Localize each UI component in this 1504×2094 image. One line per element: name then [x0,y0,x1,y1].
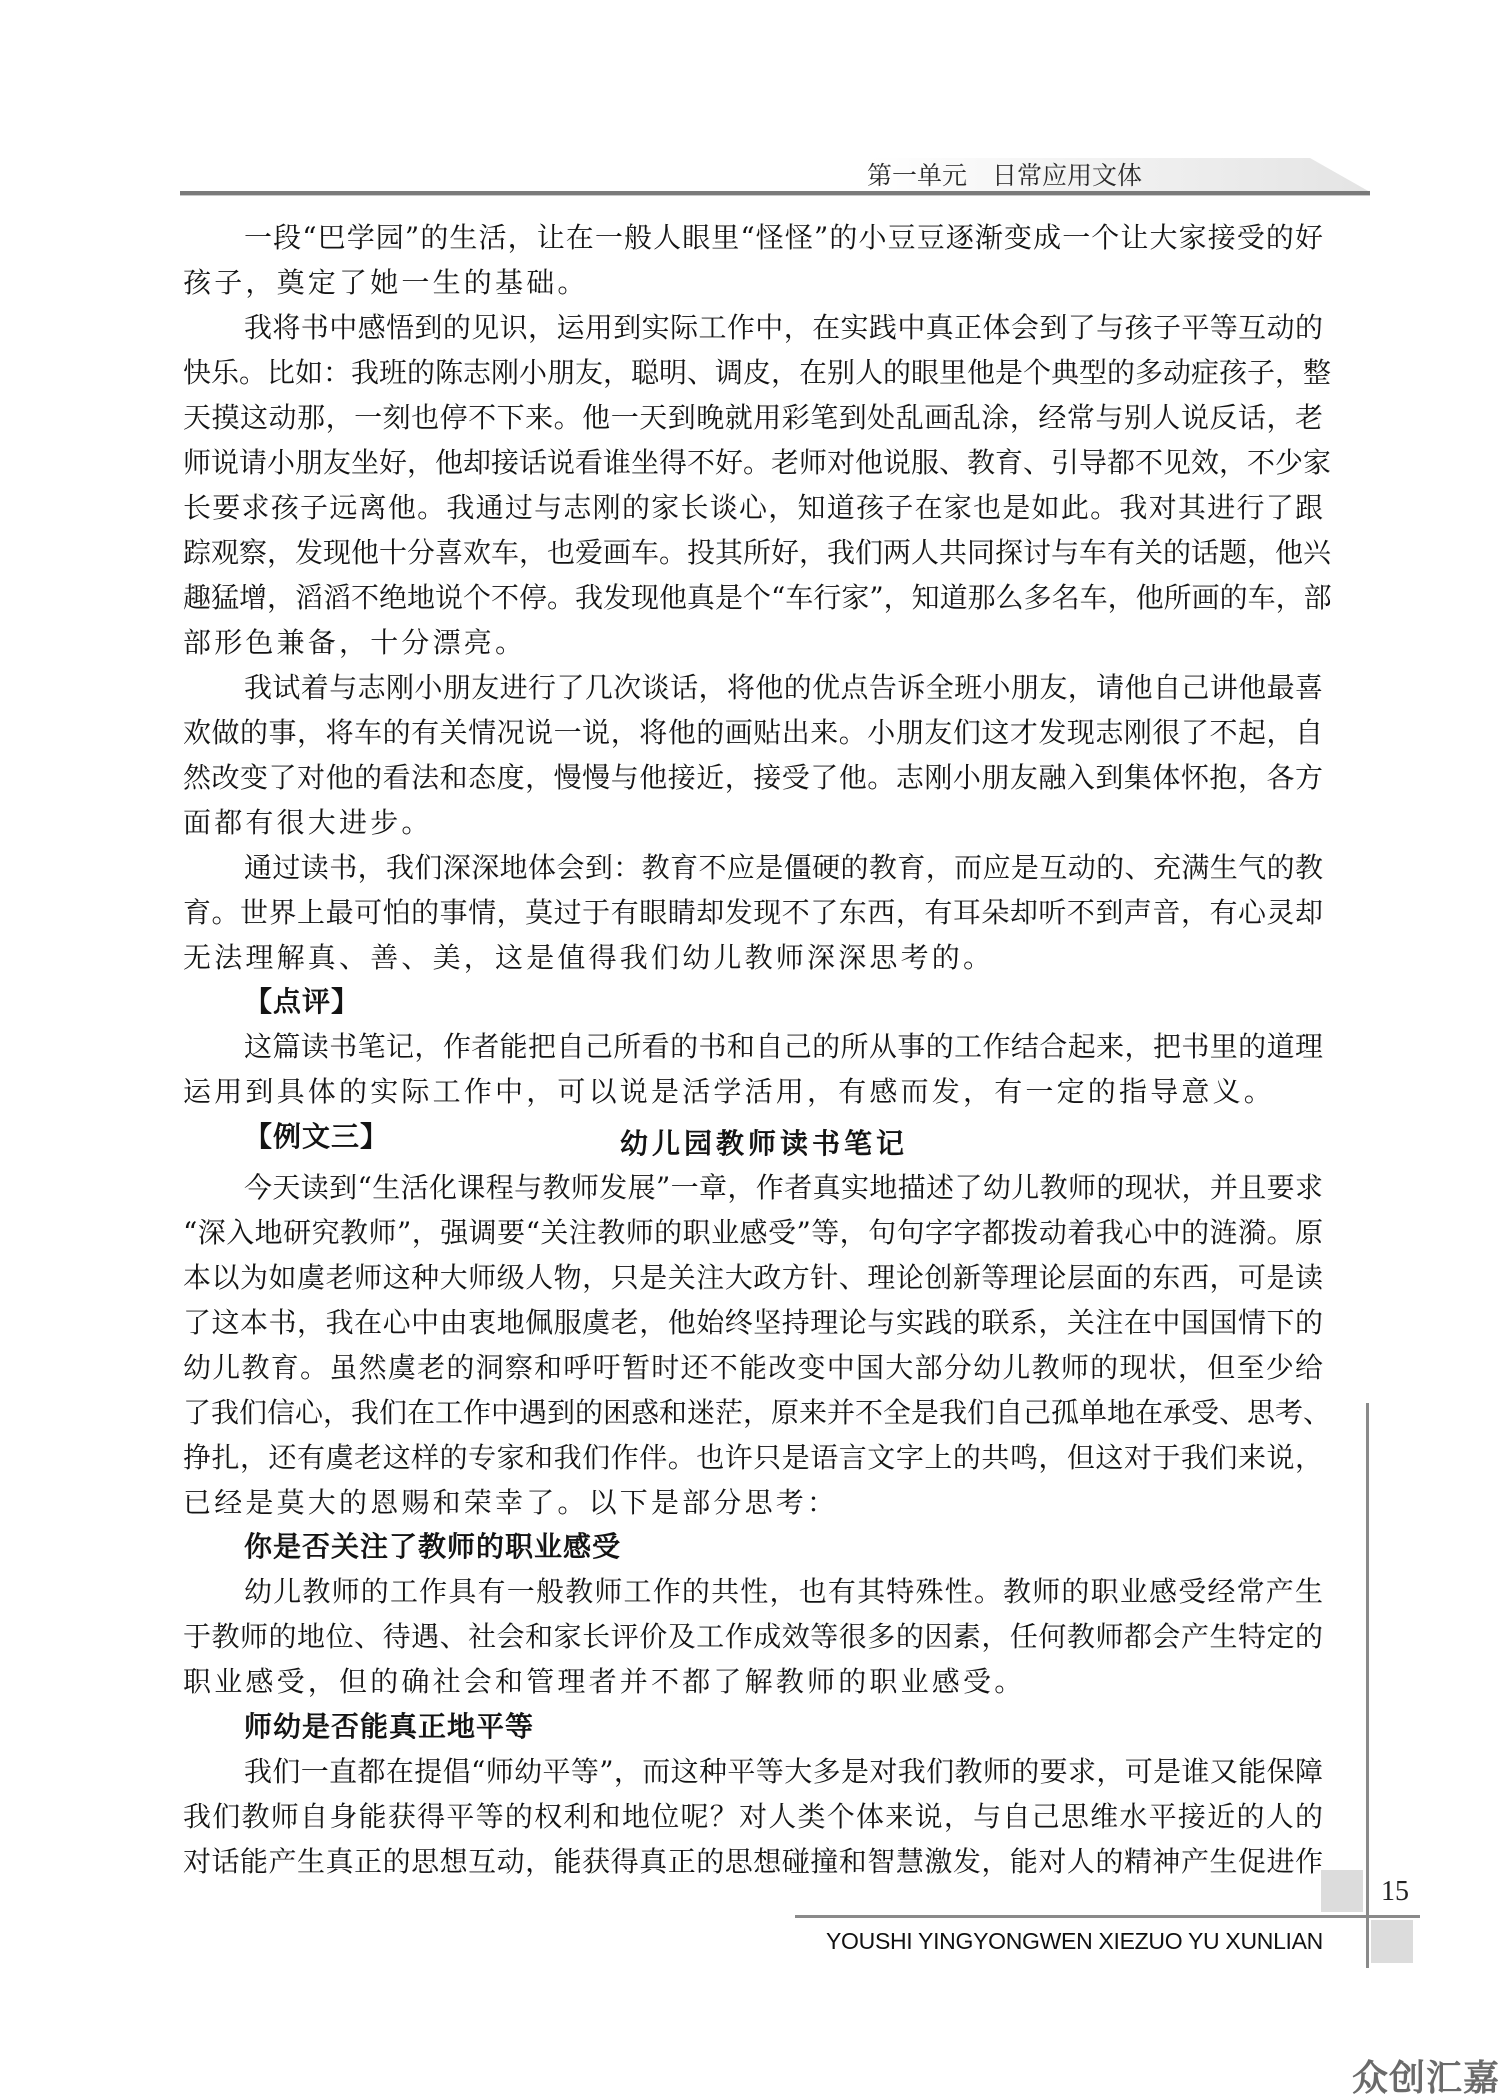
text-line: 职业感受，但的确社会和管理者并不都了解教师的职业感受。 [183,1666,1323,1698]
text-line: 部形色兼备，十分漂亮。 [183,627,1323,659]
text-line: 运用到具体的实际工作中，可以说是活学活用，有感而发，有一定的指导意义。 [183,1076,1323,1108]
text-line: 天摸这动那，一刻也停不下来。他一天到晚就用彩笔到处乱画乱涂，经常与别人说反话，老 [183,402,1323,434]
page-number: 15 [1381,1876,1409,1908]
text-line: 幼儿教师的工作具有一般教师工作的共性，也有其特殊性。教师的职业感受经常产生 [244,1576,1323,1608]
section-label-comment: 【点评】 [244,986,1384,1018]
text-line: 长要求孩子远离他。我通过与志刚的家长谈心，知道孩子在家也是如此。我对其进行了跟 [183,492,1323,524]
text-line: 了这本书，我在心中由衷地佩服虞老，他始终坚持理论与实践的联系，关注在中国国情下的 [183,1307,1323,1339]
text-line: 一段“巴学园”的生活，让在一般人眼里“怪怪”的小豆豆逐渐变成一个让大家接受的好 [244,222,1323,254]
text-line: 师说请小朋友坐好，他却接话说看谁坐得不好。老师对他说服、教育、引导都不见效，不少… [183,447,1323,479]
footer-gray-square [1321,1870,1363,1912]
text-line: 趣猛增，滔滔不绝地说个不停。我发现他真是个“车行家”，知道那么多名车，他所画的车… [183,582,1323,614]
footer-horizontal-rule [795,1915,1420,1918]
text-line: 今天读到“生活化课程与教师发展”一章，作者真实地描述了幼儿教师的现状，并且要求 [244,1172,1323,1204]
text-line: 我们一直都在提倡“师幼平等”，而这种平等大多是对我们教师的要求，可是谁又能保障 [244,1756,1323,1788]
article-title: 幼儿园教师读书笔记 [620,1128,908,1160]
text-line: 已经是莫大的恩赐和荣幸了。以下是部分思考： [183,1487,1323,1519]
text-line: 对话能产生真正的思想互动，能获得真正的思想碰撞和智慧激发，能对人的精神产生促进作 [183,1846,1323,1878]
text-line: 于教师的地位、待遇、社会和家长评价及工作成效等很多的因素，任何教师都会产生特定的 [183,1621,1323,1653]
text-line: 育。世界上最可怕的事情，莫过于有眼睛却发现不了东西，有耳朵却听不到声音，有心灵却 [183,897,1323,929]
subheading-teacher-child-equality: 师幼是否能真正地平等 [244,1711,1384,1743]
text-line: 踪观察，发现他十分喜欢车，也爱画车。投其所好，我们两人共同探讨与车有关的话题，他… [183,537,1323,569]
text-line: “深入地研究教师”，强调要“关注教师的职业感受”等，句句字字都拨动着我心中的涟漪… [183,1217,1323,1249]
book-title-pinyin: YOUSHI YINGYONGWEN XIEZUO YU XUNLIAN [826,1928,1323,1955]
text-line: 面都有很大进步。 [183,807,1323,839]
text-line: 快乐。比如：我班的陈志刚小朋友，聪明、调皮，在别人的眼里他是个典型的多动症孩子，… [183,357,1323,389]
text-line: 欢做的事，将车的有关情况说一说，将他的画贴出来。小朋友们这才发现志刚很了不起，自 [183,717,1323,749]
text-line: 了我们信心，我们在工作中遇到的困惑和迷茫，原来并不全是我们自己孤单地在承受、思考… [183,1397,1323,1429]
text-line: 无法理解真、善、美，这是值得我们幼儿教师深深思考的。 [183,942,1323,974]
text-line: 我将书中感悟到的见识，运用到实际工作中，在实践中真正体会到了与孩子平等互动的 [244,312,1323,344]
subheading-career-feelings: 你是否关注了教师的职业感受 [244,1531,1384,1563]
text-line: 然改变了对他的看法和态度，慢慢与他接近，接受了他。志刚小朋友融入到集体怀抱，各方 [183,762,1323,794]
chapter-title: 第一单元 日常应用文体 [867,156,1142,192]
page-header: 第一单元 日常应用文体 [180,150,1370,200]
text-line: 我们教师自身能获得平等的权利和地位呢？对人类个体来说，与自己思维水平接近的人的 [183,1801,1323,1833]
watermark-logo: 众创汇嘉 [1352,2050,1500,2094]
text-line: 幼儿教育。虽然虞老的洞察和呼吁暂时还不能改变中国大部分幼儿教师的现状，但至少给 [183,1352,1323,1384]
header-rule [180,191,1370,196]
text-line: 孩子，奠定了她一生的基础。 [183,267,1323,299]
text-line: 通过读书，我们深深地体会到：教育不应是僵硬的教育，而应是互动的、充满生气的教 [244,852,1323,884]
footer-gray-square [1371,1920,1413,1963]
text-line: 本以为如虞老师这种大师级人物，只是关注大政方针、理论创新等理论层面的东西，可是读 [183,1262,1323,1294]
text-line: 我试着与志刚小朋友进行了几次谈话，将他的优点告诉全班小朋友，请他自己讲他最喜 [244,672,1323,704]
text-line: 挣扎，还有虞老这样的专家和我们作伴。也许只是语言文字上的共鸣，但这对于我们来说， [183,1442,1323,1474]
text-line: 这篇读书笔记，作者能把自己所看的书和自己的所从事的工作结合起来，把书里的道理 [244,1031,1323,1063]
margin-vertical-rule [1366,1403,1369,1968]
